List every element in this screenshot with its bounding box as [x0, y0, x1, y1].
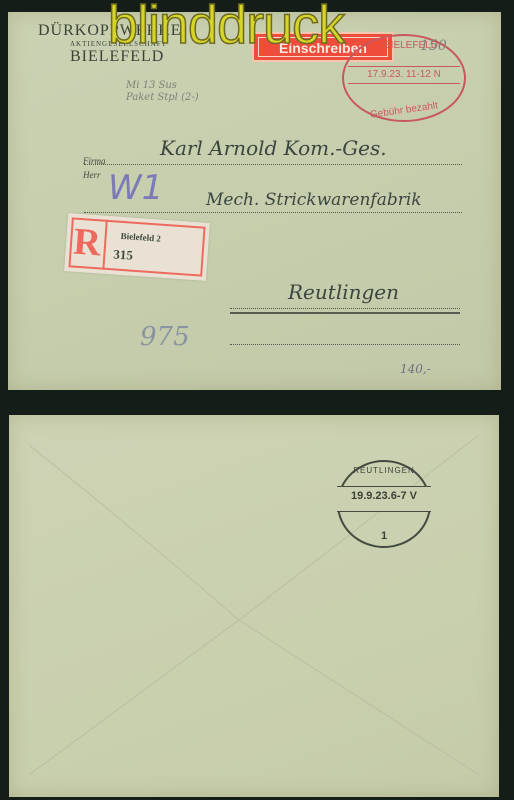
pencil-975: 975: [140, 322, 190, 352]
pencil-note-line1: Mi 13 Sus: [126, 80, 199, 92]
pencil-note-postmark: 150: [420, 38, 447, 54]
arrival-postmark-date: 19.9.23.6-7 V: [337, 486, 431, 512]
address-rule-4: [230, 344, 460, 345]
herr-label: Herr: [83, 170, 101, 180]
address-line-2: Mech. Strickwarenfabrik: [206, 190, 422, 210]
address-line-1: Karl Arnold Kom.-Ges.: [160, 136, 387, 160]
address-rule-3: [230, 308, 460, 309]
address-line-3: Reutlingen: [288, 280, 399, 304]
registration-letter: R: [68, 217, 107, 269]
arrival-postmark-city: REUTLINGEN: [339, 466, 429, 475]
registration-label: R Bielefeld 2 315: [64, 213, 210, 281]
watermark-text: blinddruck: [108, 0, 344, 56]
arrival-postmark: REUTLINGEN 19.9.23.6-7 V 1: [337, 460, 431, 548]
pencil-note-top: Mi 13 Sus Paket Stpl (2-): [126, 80, 199, 104]
arrival-postmark-number: 1: [339, 530, 429, 542]
address-rule-1: [84, 164, 462, 165]
fee-paid-postmark: BIELEFELD 17.9.23. 11-12 N Gebühr bezahl…: [342, 34, 466, 122]
pencil-price: 140,-: [400, 362, 431, 376]
envelope-front: DÜRKOPPWERKE AKTIENGESELLSCHAFT BIELEFEL…: [8, 12, 501, 390]
postmark-fee: Gebühr bezahlt: [344, 97, 464, 125]
purple-mark: W1: [108, 168, 163, 208]
address-rule-2: [84, 212, 462, 213]
postmark-date: 17.9.23. 11-12 N: [348, 66, 460, 84]
city-underline: [230, 312, 460, 314]
pencil-note-line2: Paket Stpl (2-): [126, 92, 199, 104]
registration-number: 315: [113, 246, 134, 263]
